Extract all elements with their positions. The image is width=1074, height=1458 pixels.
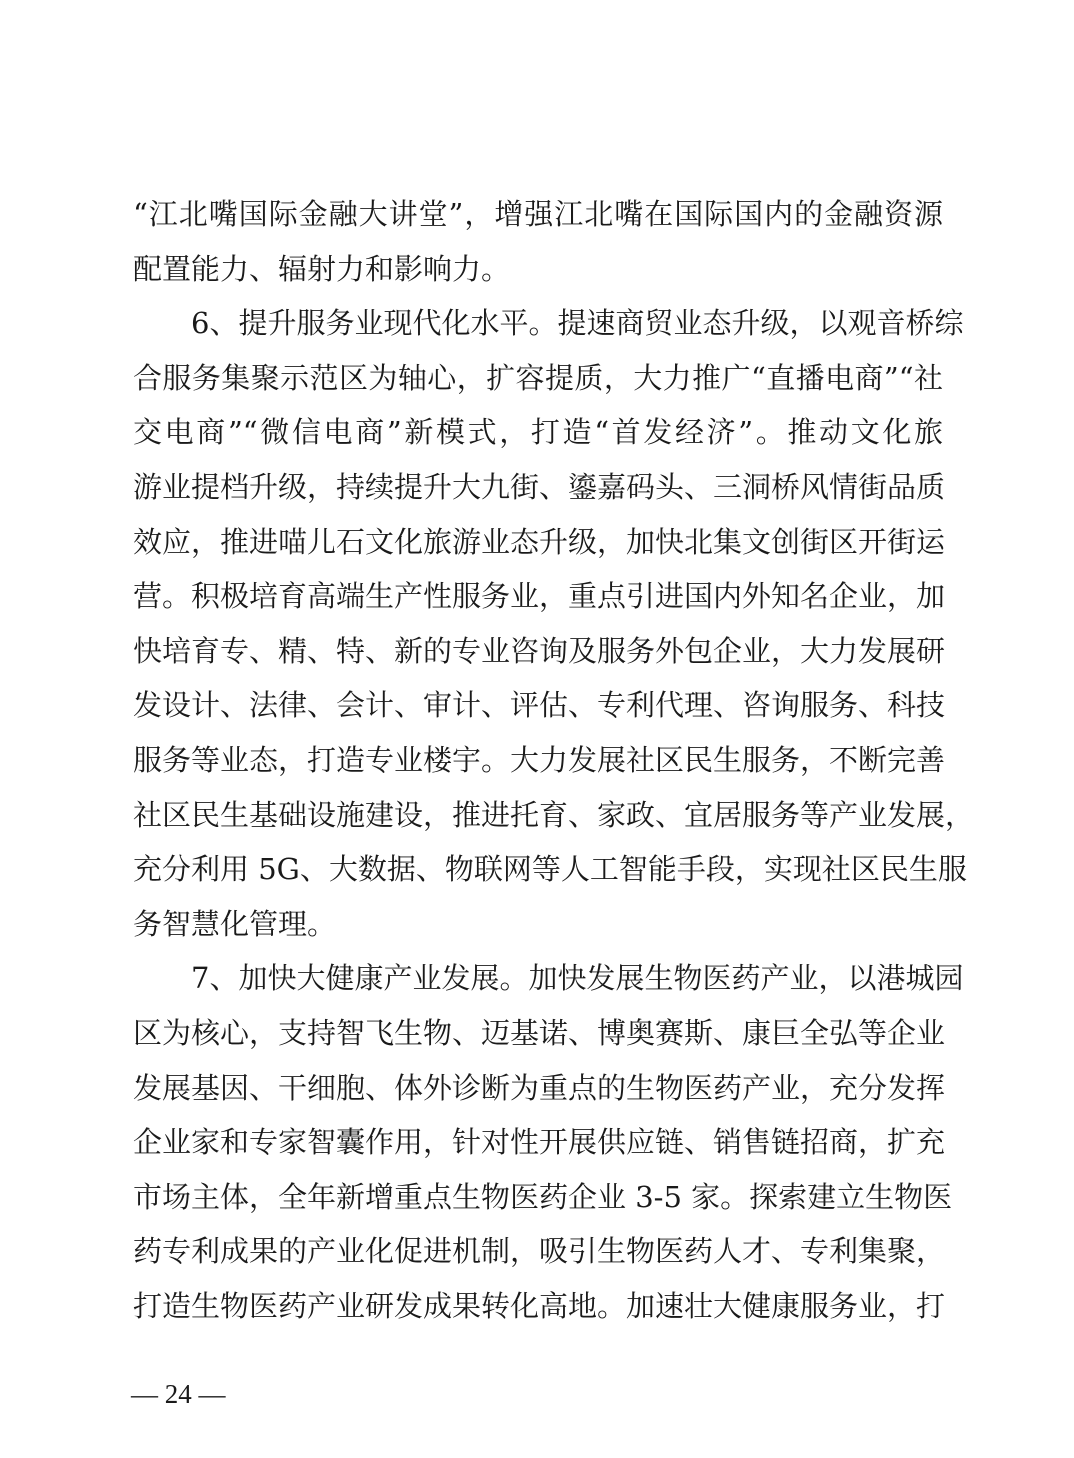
text-line: 服务等业态，打造专业楼宇。大力发展社区民生服务，不断完善 — [133, 733, 943, 788]
body-text: “江北嘴国际金融大讲堂”，增强江北嘴在国际国内的金融资源 配置能力、辐射力和影响… — [133, 187, 943, 1333]
text-line: 药专利成果的产业化促进机制，吸引生物医药人才、专利集聚， — [133, 1224, 943, 1279]
text-line: “江北嘴国际金融大讲堂”，增强江北嘴在国际国内的金融资源 — [133, 187, 943, 242]
item-6-heading-line: 6、提升服务业现代化水平。提速商贸业态升级，以观音桥综 — [133, 296, 943, 351]
text-line: 企业家和专家智囊作用，针对性开展供应链、销售链招商，扩充 — [133, 1115, 943, 1170]
text-line: 快培育专、精、特、新的专业咨询及服务外包企业，大力发展研 — [133, 624, 943, 679]
text-line: 交电商”“微信电商”新模式，打造“首发经济”。推动文化旅 — [133, 405, 943, 460]
text-line: 打造生物医药产业研发成果转化高地。加速壮大健康服务业，打 — [133, 1279, 943, 1334]
document-page: “江北嘴国际金融大讲堂”，增强江北嘴在国际国内的金融资源 配置能力、辐射力和影响… — [0, 0, 1074, 1458]
text-line: 营。积极培育高端生产性服务业，重点引进国内外知名企业，加 — [133, 569, 943, 624]
text-line: 社区民生基础设施建设，推进托育、家政、宜居服务等产业发展， — [133, 788, 943, 843]
text-line: 发展基因、干细胞、体外诊断为重点的生物医药产业，充分发挥 — [133, 1061, 943, 1116]
text-line: 配置能力、辐射力和影响力。 — [133, 242, 943, 297]
page-number: — 24 — — [131, 1378, 226, 1410]
text-line: 区为核心，支持智飞生物、迈基诺、博奥赛斯、康巨全弘等企业 — [133, 1006, 943, 1061]
text-line: 效应，推进喵儿石文化旅游业态升级，加快北集文创街区开街运 — [133, 515, 943, 570]
text-line: 充分利用 5G、大数据、物联网等人工智能手段，实现社区民生服 — [133, 842, 943, 897]
text-line: 市场主体，全年新增重点生物医药企业 3-5 家。探索建立生物医 — [133, 1170, 943, 1225]
text-line: 游业提档升级，持续提升大九街、鎏嘉码头、三洞桥风情街品质 — [133, 460, 943, 515]
text-line: 务智慧化管理。 — [133, 897, 943, 952]
text-line: 合服务集聚示范区为轴心，扩容提质，大力推广“直播电商”“社 — [133, 351, 943, 406]
item-7-heading-line: 7、加快大健康产业发展。加快发展生物医药产业，以港城园 — [133, 951, 943, 1006]
text-line: 发设计、法律、会计、审计、评估、专利代理、咨询服务、科技 — [133, 678, 943, 733]
